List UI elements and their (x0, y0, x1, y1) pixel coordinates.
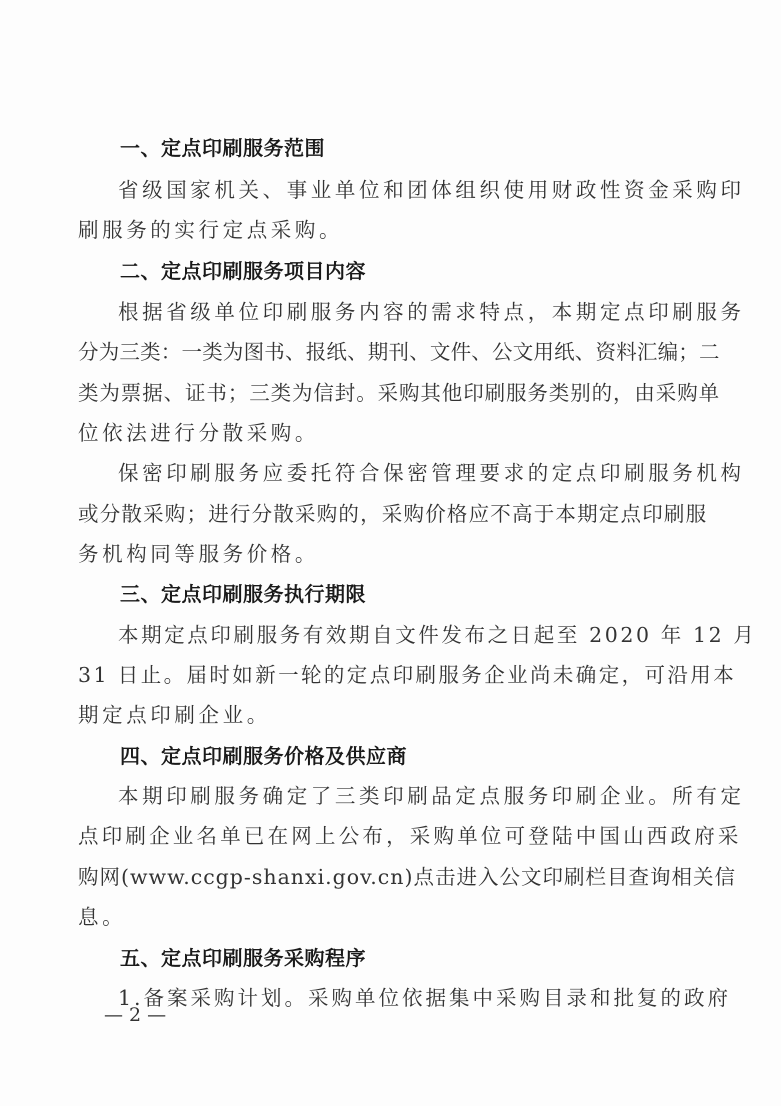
paragraph-line: 省级国家机关、事业单位和团体组织使用财政性资金采购印 (118, 170, 678, 210)
paragraph-line: 或分散采购；进行分散采购的，采购价格应不高于本期定点印刷服 (78, 494, 638, 534)
section-heading-5: 五、定点印刷服务采购程序 (120, 938, 366, 978)
section-heading-3: 三、定点印刷服务执行期限 (120, 574, 366, 614)
paragraph-line: 息。 (78, 897, 638, 937)
paragraph-line: 期定点印刷企业。 (78, 695, 638, 735)
paragraph-line: 1.备案采购计划。采购单位依据集中采购目录和批复的政府 (118, 978, 678, 1018)
paragraph-line: 点印刷企业名单已在网上公布，采购单位可登陆中国山西政府采 (78, 816, 638, 856)
paragraph-line: 类为票据、证书；三类为信封。采购其他印刷服务类别的，由采购单 (78, 373, 638, 413)
paragraph-line: 本期定点印刷服务有效期自文件发布之日起至 2020 年 12 月 (118, 615, 678, 655)
section-heading-4: 四、定点印刷服务价格及供应商 (120, 736, 407, 776)
document-page: 一、定点印刷服务范围 省级国家机关、事业单位和团体组织使用财政性资金采购印 刷服… (0, 0, 781, 1106)
paragraph-line: 刷服务的实行定点采购。 (78, 210, 638, 250)
paragraph-line: 根据省级单位印刷服务内容的需求特点，本期定点印刷服务 (118, 292, 678, 332)
section-heading-1: 一、定点印刷服务范围 (120, 128, 325, 168)
paragraph-line: 保密印刷服务应委托符合保密管理要求的定点印刷服务机构 (118, 453, 678, 493)
paragraph-line: 本期印刷服务确定了三类印刷品定点服务印刷企业。所有定 (118, 776, 678, 816)
page-number: — 2 — (104, 1000, 166, 1030)
paragraph-line: 分为三类：一类为图书、报纸、期刊、文件、公文用纸、资料汇编；二 (78, 332, 638, 372)
section-heading-2: 二、定点印刷服务项目内容 (120, 251, 366, 291)
paragraph-line: 务机构同等服务价格。 (78, 534, 638, 574)
paragraph-line-with-url: 购网(www.ccgp-shanxi.gov.cn)点击进入公文印刷栏目查询相关… (78, 857, 638, 897)
paragraph-line: 位依法进行分散采购。 (78, 413, 638, 453)
paragraph-line: 31 日止。届时如新一轮的定点印刷服务企业尚未确定，可沿用本 (78, 655, 638, 695)
